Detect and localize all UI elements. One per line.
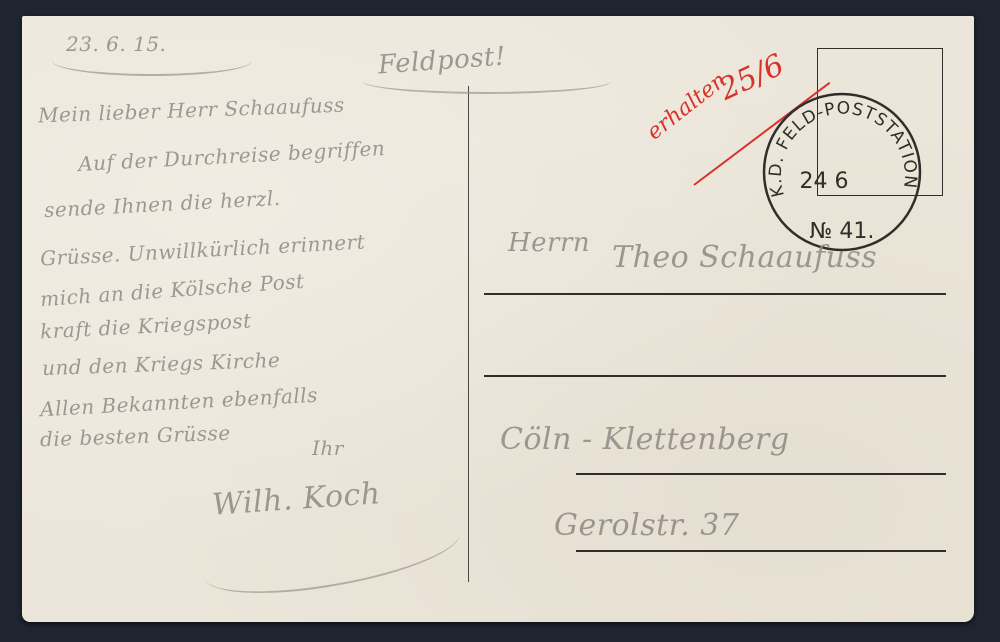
message-line-7: und den Kriegs Kirche (42, 348, 281, 380)
address-line-3 (576, 473, 946, 475)
feldpost-swash (362, 68, 612, 94)
address-city: Cöln - Klettenberg (500, 422, 790, 457)
address-street: Gerolstr. 37 (554, 508, 739, 543)
postmark-icon: K.D. FELD-POSTSTATION 24 6 № 41. (760, 90, 924, 254)
message-line-9: die besten Grüsse (40, 421, 231, 452)
message-line-6: kraft die Kriegspost (40, 308, 253, 343)
message-line-3: sende Ihnen die herzl. (44, 186, 282, 222)
message-line-4: Grüsse. Unwillkürlich erinnert (40, 230, 366, 271)
address-line-4 (576, 550, 946, 552)
address-name: Theo Schaaufuss (612, 240, 877, 275)
message-line-8: Allen Bekannten ebenfalls (40, 383, 319, 422)
address-line-1 (484, 293, 946, 295)
address-line-2 (484, 375, 946, 377)
address-salutation: Herrn (508, 228, 590, 258)
svg-text:24 6: 24 6 (800, 169, 849, 194)
message-line-5: mich an die Kölsche Post (39, 269, 305, 311)
center-divider (468, 86, 469, 582)
postcard: 23. 6. 15. Mein lieber Herr Schaaufuss A… (22, 16, 974, 622)
signature: Wilh. Koch (211, 476, 382, 523)
message-line-1: Mein lieber Herr Schaaufuss (38, 93, 345, 128)
date-swash (52, 46, 252, 76)
message-line-2: Auf der Durchreise begriffen (78, 136, 386, 176)
message-closing: Ihr (312, 436, 344, 460)
